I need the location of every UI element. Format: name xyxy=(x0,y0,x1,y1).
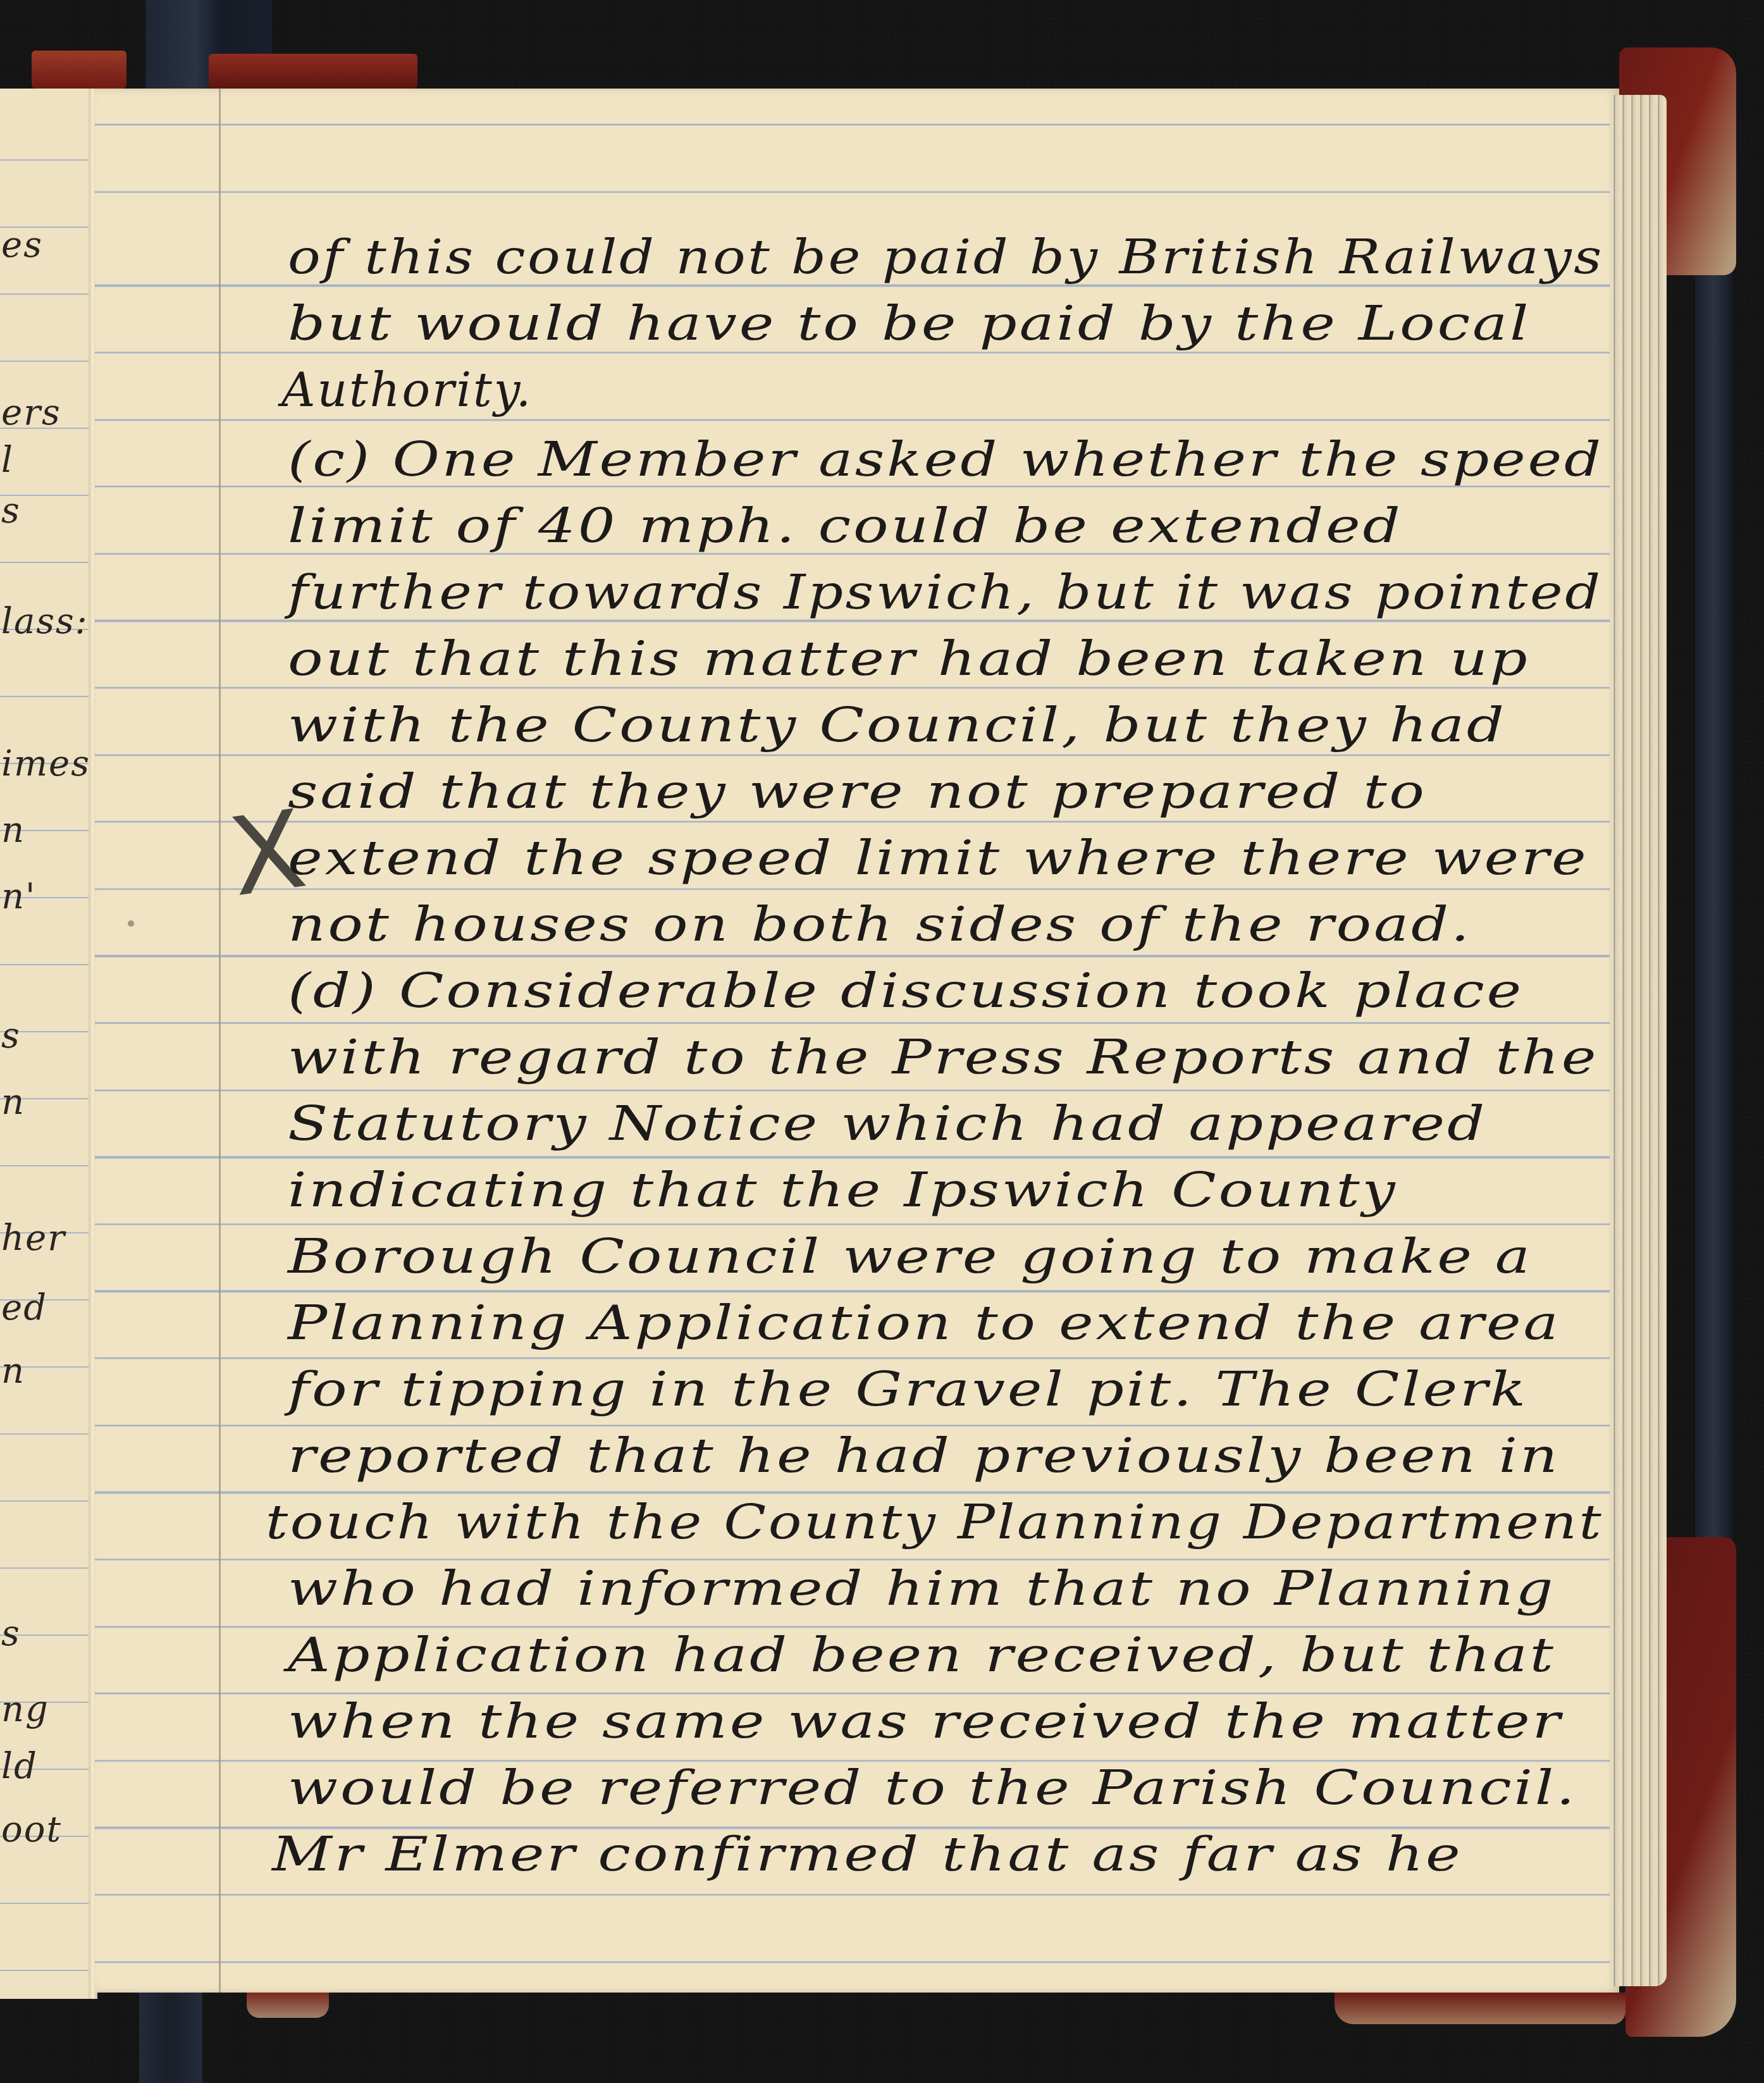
facing-line-fragment: lass:- xyxy=(1,601,102,642)
leather-cover-fragment xyxy=(209,54,417,89)
handwritten-line: reported that he had previously been in xyxy=(288,1433,1560,1480)
leather-cover-fragment xyxy=(32,51,126,89)
handwritten-line: Authority. xyxy=(281,367,533,414)
facing-line-fragment: ers xyxy=(1,392,61,433)
leather-cover-edge-bottom xyxy=(1335,1993,1625,2024)
facing-line-fragment: ng xyxy=(1,1689,49,1730)
facing-line-fragment: s xyxy=(1,1015,21,1056)
handwritten-line: indicating that the Ipswich County xyxy=(288,1167,1398,1214)
leather-cover-edge-bottom-left xyxy=(247,1993,329,2018)
handwritten-line: Planning Application to extend the area xyxy=(288,1300,1560,1347)
handwritten-line: out that this matter had been taken up xyxy=(288,636,1529,683)
binding-strap-bottom xyxy=(139,1989,202,2083)
facing-line-fragment: s xyxy=(1,1613,21,1654)
handwritten-line: who had informed him that no Planning xyxy=(288,1566,1555,1612)
facing-page: es ers l s lass:- imes n n' s n her ed n… xyxy=(0,89,95,1999)
handwritten-line: touch with the County Planning Departmen… xyxy=(266,1499,1603,1546)
handwritten-line: (d) Considerable discussion took place xyxy=(288,968,1524,1015)
handwritten-line: Borough Council were going to make a xyxy=(288,1233,1533,1280)
facing-line-fragment: ld xyxy=(1,1746,38,1787)
handwritten-line: Statutory Notice which had appeared xyxy=(288,1101,1487,1147)
facing-line-fragment: n xyxy=(1,810,25,851)
handwritten-line: Application had been received, but that xyxy=(288,1632,1556,1679)
handwritten-line: with the County Council, but they had xyxy=(288,702,1507,749)
handwritten-line: extend the speed limit where there were xyxy=(288,835,1589,882)
facing-line-fragment: her xyxy=(1,1218,66,1259)
facing-line-fragment: n xyxy=(1,1082,25,1123)
handwritten-line: for tipping in the Gravel pit. The Clerk xyxy=(288,1366,1528,1413)
handwritten-line: not houses on both sides of the road. xyxy=(288,901,1472,948)
ink-spot xyxy=(128,920,134,927)
handwritten-line: (c) One Member asked whether the speed xyxy=(288,436,1603,483)
handwritten-line: when the same was received the matter xyxy=(288,1698,1563,1745)
handwritten-line: said that they were not prepared to xyxy=(288,769,1427,815)
facing-line-fragment: ed xyxy=(1,1287,47,1328)
handwritten-line: but would have to be paid by the Local xyxy=(288,300,1531,347)
facing-line-fragment: s xyxy=(1,490,21,531)
page-stack-fore-edge xyxy=(1610,95,1667,1986)
facing-line-fragment: l xyxy=(1,440,14,481)
facing-line-fragment: es xyxy=(1,225,43,266)
facing-line-fragment: n' xyxy=(1,876,36,917)
handwritten-line: with regard to the Press Reports and the xyxy=(288,1034,1598,1081)
handwritten-line: Mr Elmer confirmed that as far as he xyxy=(272,1831,1463,1878)
facing-line-fragment: imes xyxy=(1,743,90,784)
handwritten-line: would be referred to the Parish Council. xyxy=(288,1765,1577,1812)
cloth-spine xyxy=(1695,272,1733,1569)
facing-line-fragment: n xyxy=(1,1351,25,1392)
handwritten-line: of this could not be paid by British Rai… xyxy=(288,234,1604,281)
facing-line-fragment: oot xyxy=(1,1809,62,1850)
handwritten-line: further towards Ipswich, but it was poin… xyxy=(288,569,1603,616)
handwritten-line: limit of 40 mph. could be extended xyxy=(288,503,1402,550)
margin-rule xyxy=(219,89,221,1993)
